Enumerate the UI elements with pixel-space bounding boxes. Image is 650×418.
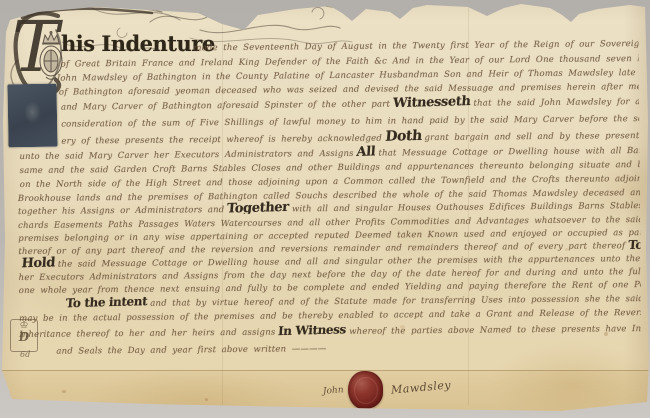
wax-seal-impression (354, 377, 378, 404)
deed-text-layer: made the Seventeenth Day of August in th… (0, 0, 650, 418)
embossed-duty-stamp: ♔ D (10, 319, 38, 352)
duty-stamp-value: 6d (20, 350, 30, 359)
duty-stamp-letter: D (11, 331, 37, 344)
deed-script-text: and Seals the Day and year first above w… (56, 344, 326, 356)
parchment-sheet: T his Indenture made the Seventeenth Day… (0, 0, 650, 418)
signature-first-name: John (323, 385, 344, 396)
red-wax-seal (348, 371, 383, 409)
photo-background: T his Indenture made the Seventeenth Day… (0, 0, 650, 418)
